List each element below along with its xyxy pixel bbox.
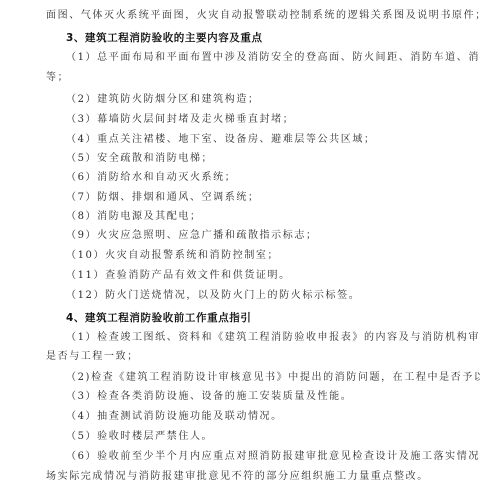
text-line: （2)检查《建筑工程消防设计审核意见书》中提出的消防问题，在工程中是否予以整改。	[66, 372, 480, 384]
text-line: （4）抽查测试消防设施功能及联动情况。	[66, 411, 283, 423]
text-line: 场实际完成情况与消防报建审批意见不符的部分应组织施工力量重点整改。	[46, 471, 429, 480]
text-line: （5）验收时楼层严禁住人。	[66, 431, 213, 443]
text-line: （9）火灾应急照明、应急广播和疏散指示标志；	[66, 230, 318, 242]
text-line: 等；	[46, 72, 69, 84]
text-line: 是否与工程一致；	[46, 351, 139, 363]
text-line: （1）总平面布局和平面布置中涉及消防安全的登高面、防火间距、消防车道、消防水源	[66, 52, 480, 64]
text-line: （12）防火门送烧情况，以及防火门上的防火标示标签。	[66, 290, 360, 302]
text-line: （3）检查各类消防设施、设备的施工安装质量及性能。	[66, 391, 352, 403]
section-heading: 4、建筑工程消防验收前工作重点指引	[66, 312, 252, 324]
text-line: （6）消防给水和自动灭火系统；	[66, 172, 236, 184]
text-line: （1）检查竣工图纸、资料和《建筑工程消防验收申报表》的内容及与消防机构审核意见	[66, 332, 480, 344]
text-line: （3）幕墙防火层间封堵及走火梯垂直封堵；	[66, 114, 294, 126]
text-line: （2）建筑防火防烟分区和建筑构造；	[66, 94, 260, 106]
text-line: （4）重点关注裙楼、地下室、设备房、避难层等公共区域；	[66, 134, 376, 146]
text-line: （5）安全疏散和消防电梯；	[66, 153, 213, 165]
text-line: （11）查验消防产品有效文件和供货证明。	[66, 270, 291, 282]
text-line: 面图、气体灭火系统平面图，火灾自动报警联动控制系统的逻辑关系图及说明书原件；	[46, 10, 480, 22]
section-heading: 3、建筑工程消防验收的主要内容及重点	[66, 32, 263, 44]
text-line: （7）防烟、排烟和通风、空调系统；	[66, 192, 260, 204]
text-line: （10）火灾自动报警系统和消防控制室；	[66, 250, 279, 262]
text-line: （8）消防电源及其配电；	[66, 211, 202, 223]
text-line: （6）验收前至少半个月内应重点对照消防报建审批意见检查设计及施工落实情况，对现	[66, 451, 480, 463]
